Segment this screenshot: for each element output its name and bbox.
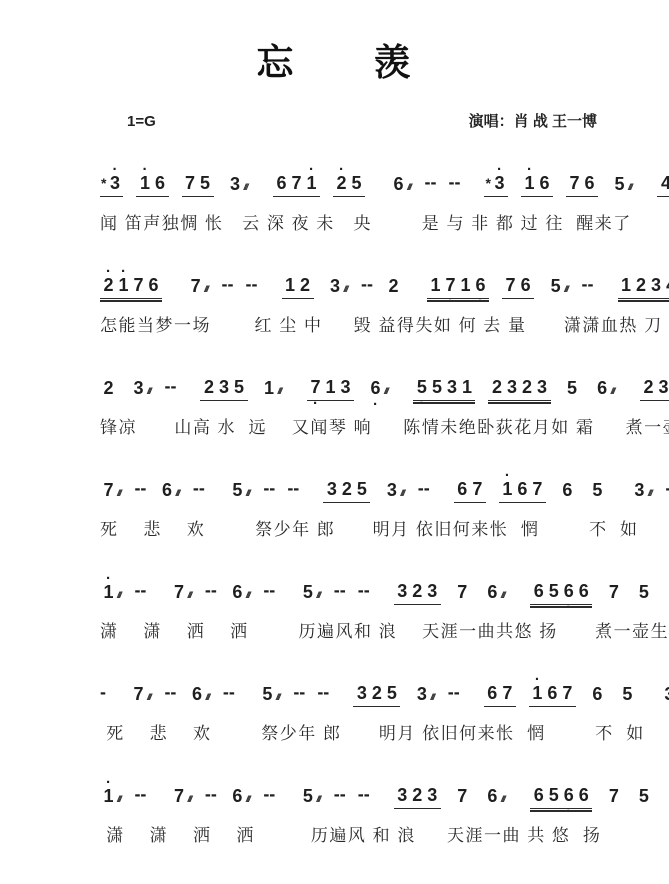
note-digit: 5 xyxy=(354,480,369,499)
lyrics-line: 闻 笛声独惆 怅 云 深 夜 未 央 是 与 非 都 过 往 醒来了 xyxy=(100,209,649,233)
note-digit: 7 xyxy=(171,583,186,602)
note-group: 5 xyxy=(635,787,652,809)
note-digit: 2 xyxy=(298,276,313,295)
note-digit: 5 xyxy=(198,174,213,193)
held-note-dash: -- xyxy=(164,376,176,401)
lyrics-line: 怎能当梦一场 红 尘 中 毁 益得失如 何 去 量 潇潇血热 刀 xyxy=(100,311,649,335)
note-digit: 1 xyxy=(283,276,298,295)
note-digit: 7 xyxy=(171,787,186,806)
note-group: 3/// xyxy=(383,481,404,503)
note-group: 75 xyxy=(182,174,214,197)
notation-line: 1·///--7///--6///--5///----32376///656·6… xyxy=(100,775,649,809)
held-note-dash: -- xyxy=(334,580,346,605)
score-body: *3·1·6753///671·2·56///----*3·1·6765///4… xyxy=(100,163,649,845)
held-note-dash: -- xyxy=(134,784,146,809)
note-digit: 2 xyxy=(386,277,401,296)
note-digit: 7 xyxy=(183,174,198,193)
tremolo-mark: /// xyxy=(278,387,281,398)
note-digit: 2 xyxy=(101,379,116,398)
tremolo-mark: /// xyxy=(501,795,504,806)
note-group: 456 xyxy=(657,174,669,197)
note-digit: 7 xyxy=(131,685,146,704)
note-group: 7·13 xyxy=(307,378,354,401)
note-digit: 6 xyxy=(152,174,167,193)
held-note-dash: -- xyxy=(246,274,258,299)
held-note-dash: -- xyxy=(263,478,275,503)
tremolo-mark: /// xyxy=(246,795,249,806)
note-digit: 3 xyxy=(425,582,440,601)
tremolo-mark: /// xyxy=(430,693,433,704)
note-digit: 7 xyxy=(606,583,621,602)
held-note-dash: -- xyxy=(582,274,594,299)
note-digit: 5 xyxy=(612,175,627,194)
tremolo-mark: /// xyxy=(147,693,150,704)
note-digit: 7· xyxy=(443,276,458,295)
note-digit: 4 xyxy=(658,174,669,193)
note-group: 7/// xyxy=(170,583,191,605)
note-digit: 6 xyxy=(159,481,174,500)
tremolo-mark: /// xyxy=(407,183,410,194)
note-digit: 1· xyxy=(522,174,537,193)
tremolo-mark: /// xyxy=(564,285,567,296)
note-digit: 1 xyxy=(262,379,277,398)
note-group: 2 xyxy=(385,277,402,299)
note-group: 656·6 xyxy=(530,582,592,605)
held-note-dash: -- xyxy=(358,784,370,809)
note-group: 6/// xyxy=(665,583,669,605)
note-digit: 4 xyxy=(664,276,669,295)
tremolo-mark: /// xyxy=(204,285,207,296)
note-group: 1/// xyxy=(261,379,282,401)
note-digit: 6 xyxy=(537,174,552,193)
note-group: 6/// xyxy=(390,175,411,197)
note-digit: 3 xyxy=(425,786,440,805)
note-group: 2323 xyxy=(488,378,550,401)
note-digit: 2 xyxy=(201,378,216,397)
lyrics-line: 死 悲 欢 祭少年 郎 明月 依旧何来怅 惘 不 如 xyxy=(100,515,649,539)
tremolo-mark: /// xyxy=(117,489,120,500)
note-group: 6/// xyxy=(158,481,179,503)
note-group: 6 xyxy=(589,685,606,707)
tremolo-mark: /// xyxy=(384,387,387,398)
held-note-dash: -- xyxy=(358,580,370,605)
tremolo-mark: /// xyxy=(187,795,190,806)
note-digit: 3· xyxy=(107,174,122,193)
note-group: 3/// xyxy=(327,277,348,299)
note-group: 6 xyxy=(559,481,576,503)
note-digit: 6 xyxy=(531,582,546,601)
held-note-dash: -- xyxy=(317,682,329,707)
song-title: 忘 羡 xyxy=(0,0,669,86)
held-note-dash: -- xyxy=(134,478,146,503)
tremolo-mark: /// xyxy=(316,795,319,806)
note-digit: 3 xyxy=(338,378,353,397)
note-group: 3/// xyxy=(413,685,434,707)
held-note-dash: -- xyxy=(418,478,430,503)
note-group: 6/// xyxy=(594,379,615,401)
tremolo-mark: /// xyxy=(501,591,504,602)
tremolo-mark: /// xyxy=(611,387,614,398)
note-digit: 6 xyxy=(560,481,575,500)
note-digit: 7 xyxy=(530,480,545,499)
held-note-dash: -- xyxy=(193,478,205,503)
note-digit: 1 xyxy=(459,378,474,397)
note-digit: 2 xyxy=(489,378,504,397)
note-digit: 5· xyxy=(414,378,429,397)
note-group: 7 xyxy=(605,787,622,809)
note-group: 671· xyxy=(273,174,320,197)
note-group: 5/// xyxy=(547,277,568,299)
note-digit: 6· xyxy=(368,379,383,398)
tremolo-mark: /// xyxy=(648,489,651,500)
note-digit: 3 xyxy=(395,582,410,601)
note-group: 5 xyxy=(564,379,581,401)
note-digit: 3 xyxy=(662,685,669,704)
note-digit: 5 xyxy=(620,685,635,704)
note-digit: 7 xyxy=(455,787,470,806)
note-group: 325 xyxy=(353,684,400,707)
note-digit: 5 xyxy=(300,583,315,602)
note-digit: 5 xyxy=(300,787,315,806)
note-group: 7/// xyxy=(187,277,208,299)
note-digit: 7 xyxy=(560,684,575,703)
note-group: 1·6 xyxy=(521,174,553,197)
note-group: 1·67 xyxy=(499,480,546,503)
note-digit: 2 xyxy=(641,378,656,397)
note-group: 1·6 xyxy=(136,174,168,197)
note-digit: 2 xyxy=(410,786,425,805)
note-digit: 3 xyxy=(414,685,429,704)
note-digit: 7 xyxy=(188,277,203,296)
note-group: 3/// xyxy=(661,685,669,707)
note-group: 5·531 xyxy=(413,378,475,401)
note-group: 2·5 xyxy=(333,174,365,197)
note-group: 3/// xyxy=(631,481,652,503)
note-group: 323 xyxy=(394,582,441,605)
note-group: 5 xyxy=(635,583,652,605)
tremolo-mark: /// xyxy=(246,489,249,500)
note-group: 1·/// xyxy=(100,583,121,605)
note-digit: 1· xyxy=(304,174,319,193)
notation-line: 1·///--7///--6///--5///----32376///656·6… xyxy=(100,571,649,605)
key-signature: 1=G xyxy=(127,113,156,130)
note-digit: 2 xyxy=(634,276,649,295)
note-digit: 1 xyxy=(323,378,338,397)
note-group: 235 xyxy=(640,378,669,401)
held-note-dash: -- xyxy=(287,478,299,503)
note-digit: 6· xyxy=(473,276,488,295)
held-note-dash: -- xyxy=(205,580,217,605)
note-digit: 5 xyxy=(548,277,563,296)
note-digit: 6 xyxy=(485,787,500,806)
note-digit: 3 xyxy=(656,378,669,397)
tremolo-mark: /// xyxy=(187,591,190,602)
score-meta: 1=G 演唱：肖 战 王一博 xyxy=(127,110,597,131)
tremolo-mark: /// xyxy=(400,489,403,500)
note-group: 1·/// xyxy=(100,787,121,809)
note-digit: 6 xyxy=(518,276,533,295)
note-digit: 7 xyxy=(500,684,515,703)
note-digit: 3 xyxy=(632,481,647,500)
note-group: 6/// xyxy=(229,787,250,809)
note-group: 6/// xyxy=(188,685,209,707)
tremolo-mark: /// xyxy=(175,489,178,500)
tremolo-mark: /// xyxy=(205,693,208,704)
note-digit: 1· xyxy=(500,480,515,499)
note-digit: 6 xyxy=(189,685,204,704)
note-digit: 6 xyxy=(590,685,605,704)
note-digit: 7 xyxy=(470,480,485,499)
note-group: 2 xyxy=(100,379,117,401)
note-group: 5/// xyxy=(259,685,280,707)
note-digit: 6 xyxy=(485,583,500,602)
lyrics-line: 锋凉 山高 水 远 又闻琴 响 陈情未绝卧荻花月如 霜 煮一壶生 xyxy=(100,413,649,437)
note-group: 7 xyxy=(454,583,471,605)
note-digit: 3· xyxy=(492,174,507,193)
tremolo-mark: /// xyxy=(147,387,150,398)
held-note-dash: -- xyxy=(665,478,669,503)
note-group: 5 xyxy=(619,685,636,707)
note-digit: 3 xyxy=(444,378,459,397)
note-digit: 5 xyxy=(636,787,651,806)
lyrics-line: 潇 潇 洒 洒 历遍风 和 浪 天涯一曲 共 悠 扬 xyxy=(100,821,649,845)
note-group: 235 xyxy=(200,378,247,401)
held-note-dash: -- xyxy=(293,682,305,707)
note-digit: 6 xyxy=(576,582,591,601)
note-group: 325 xyxy=(323,480,370,503)
note-digit: 5 xyxy=(230,481,245,500)
note-digit: 6 xyxy=(274,174,289,193)
note-digit: 3 xyxy=(354,684,369,703)
note-digit: 7 xyxy=(289,174,304,193)
lyrics-line: 死 悲 欢 祭少年 郎 明月 依旧何来怅 惘 不 如 xyxy=(100,719,649,743)
note-digit: 6· xyxy=(561,582,576,601)
tremolo-mark: /// xyxy=(244,183,247,194)
note-digit: 6 xyxy=(230,787,245,806)
note-group: 17·16· xyxy=(427,276,489,299)
note-group: 5 xyxy=(589,481,606,503)
note-group: 6/// xyxy=(484,583,505,605)
note-group: 3/// xyxy=(227,175,248,197)
note-digit: 1 xyxy=(428,276,443,295)
held-note-dash: -- xyxy=(205,784,217,809)
held-note-dash: -- xyxy=(361,274,373,299)
tremolo-mark: /// xyxy=(276,693,279,704)
held-note-dash: -- xyxy=(263,784,275,809)
note-digit: 3 xyxy=(384,481,399,500)
note-digit: 2· xyxy=(101,276,116,295)
note-digit: 7 xyxy=(567,174,582,193)
note-group: 656·6 xyxy=(530,786,592,809)
note-digit: 6 xyxy=(146,276,161,295)
held-note-dash: -- xyxy=(134,580,146,605)
note-group: 6/// xyxy=(229,583,250,605)
notation-line: *3·1·6753///671·2·56///----*3·1·6765///4… xyxy=(100,163,649,197)
note-digit: 5 xyxy=(231,378,246,397)
note-group: 5/// xyxy=(299,787,320,809)
note-digit: 7 xyxy=(101,481,116,500)
tremolo-mark: /// xyxy=(246,591,249,602)
note-digit: 1· xyxy=(116,276,131,295)
note-digit: 5 xyxy=(260,685,275,704)
note-digit: 6 xyxy=(582,174,597,193)
note-group: 6/// xyxy=(665,787,669,809)
tremolo-mark: /// xyxy=(117,591,120,602)
held-note-dash: -- xyxy=(448,172,460,197)
note-digit: 6· xyxy=(561,786,576,805)
note-digit: 5 xyxy=(384,684,399,703)
note-digit: 7· xyxy=(308,378,323,397)
note-digit: 3 xyxy=(324,480,339,499)
notation-line: 2·1·767///----123///--217·16·765///--123… xyxy=(100,265,649,299)
held-note-dash: -- xyxy=(448,682,460,707)
note-digit: 7 xyxy=(606,787,621,806)
note-group: 323 xyxy=(394,786,441,809)
note-digit: 6 xyxy=(455,480,470,499)
note-group: 7/// xyxy=(130,685,151,707)
tremolo-mark: /// xyxy=(316,591,319,602)
note-group: 1234 xyxy=(618,276,669,299)
note-group: 5/// xyxy=(611,175,632,197)
note-group: 76 xyxy=(502,276,534,299)
tremolo-mark: /// xyxy=(344,285,347,296)
held-note-dash: -- xyxy=(263,580,275,605)
note-group: 7 xyxy=(454,787,471,809)
held-note-dash: -- xyxy=(424,172,436,197)
note-digit: 2 xyxy=(410,582,425,601)
note-digit: 6 xyxy=(576,786,591,805)
held-note-dash: -- xyxy=(222,274,234,299)
tremolo-mark: /// xyxy=(628,183,631,194)
note-digit: 3 xyxy=(131,379,146,398)
note-group: 7/// xyxy=(170,787,191,809)
note-digit: 3 xyxy=(535,378,550,397)
note-digit: 3 xyxy=(505,378,520,397)
note-digit: 6 xyxy=(391,175,406,194)
note-group: 2·1·76 xyxy=(100,276,162,299)
note-group: 12 xyxy=(282,276,314,299)
held-note-dash: -- xyxy=(223,682,235,707)
note-digit: 3 xyxy=(216,378,231,397)
note-digit: 7 xyxy=(131,276,146,295)
note-group: 5/// xyxy=(299,583,320,605)
note-digit: 6 xyxy=(531,786,546,805)
performer-credit: 演唱：肖 战 王一博 xyxy=(469,110,597,131)
note-digit: 6 xyxy=(595,379,610,398)
note-group: 3/// xyxy=(130,379,151,401)
note-digit: 1· xyxy=(101,787,116,806)
note-digit: 3 xyxy=(649,276,664,295)
note-digit: 5 xyxy=(546,582,561,601)
note-digit: 3 xyxy=(395,786,410,805)
note-digit: 1· xyxy=(101,583,116,602)
note-digit: 6 xyxy=(545,684,560,703)
note-group: 5/// xyxy=(229,481,250,503)
note-digit: 3 xyxy=(328,277,343,296)
note-digit: 2 xyxy=(520,378,535,397)
note-digit: 2· xyxy=(334,174,349,193)
note-digit: 7 xyxy=(455,583,470,602)
tremolo-mark: /// xyxy=(117,795,120,806)
note-digit: 2 xyxy=(369,684,384,703)
note-group: 6·/// xyxy=(367,379,388,401)
note-digit: 1 xyxy=(458,276,473,295)
note-digit: 6 xyxy=(515,480,530,499)
note-digit: 5 xyxy=(565,379,580,398)
note-digit: 2 xyxy=(339,480,354,499)
notation-line: -7///--6///--5///----3253///--671·67653/… xyxy=(100,673,649,707)
note-digit: 5 xyxy=(429,378,444,397)
held-note-dash: -- xyxy=(164,682,176,707)
note-group: 7/// xyxy=(100,481,121,503)
note-digit: 5 xyxy=(349,174,364,193)
note-group: *3· xyxy=(100,174,123,197)
note-group: 7 xyxy=(605,583,622,605)
notation-line: 23///--2351///7·136·///5·531232356///235… xyxy=(100,367,649,401)
note-digit: 1· xyxy=(530,684,545,703)
note-digit: 5 xyxy=(636,583,651,602)
note-group: 76 xyxy=(566,174,598,197)
note-digit: 5 xyxy=(546,786,561,805)
held-note-dash: - xyxy=(100,682,106,707)
note-digit: 7 xyxy=(503,276,518,295)
note-group: 6/// xyxy=(484,787,505,809)
note-digit: 1 xyxy=(619,276,634,295)
note-group: 67 xyxy=(484,684,516,707)
score-page: 忘 羡 1=G 演唱：肖 战 王一博 *3·1·6753///671·2·56/… xyxy=(0,0,669,884)
note-digit: 5 xyxy=(590,481,605,500)
lyrics-line: 潇 潇 洒 洒 历遍风和 浪 天涯一曲共悠 扬 煮一壶生 xyxy=(100,617,649,641)
note-group: 67 xyxy=(454,480,486,503)
note-digit: 6 xyxy=(485,684,500,703)
note-digit: 3 xyxy=(228,175,243,194)
note-digit: 6 xyxy=(230,583,245,602)
notation-line: 7///--6///--5///----3253///--671·67653//… xyxy=(100,469,649,503)
note-group: *3· xyxy=(484,174,507,197)
held-note-dash: -- xyxy=(334,784,346,809)
note-digit: 1· xyxy=(137,174,152,193)
note-group: 1·67 xyxy=(529,684,576,707)
